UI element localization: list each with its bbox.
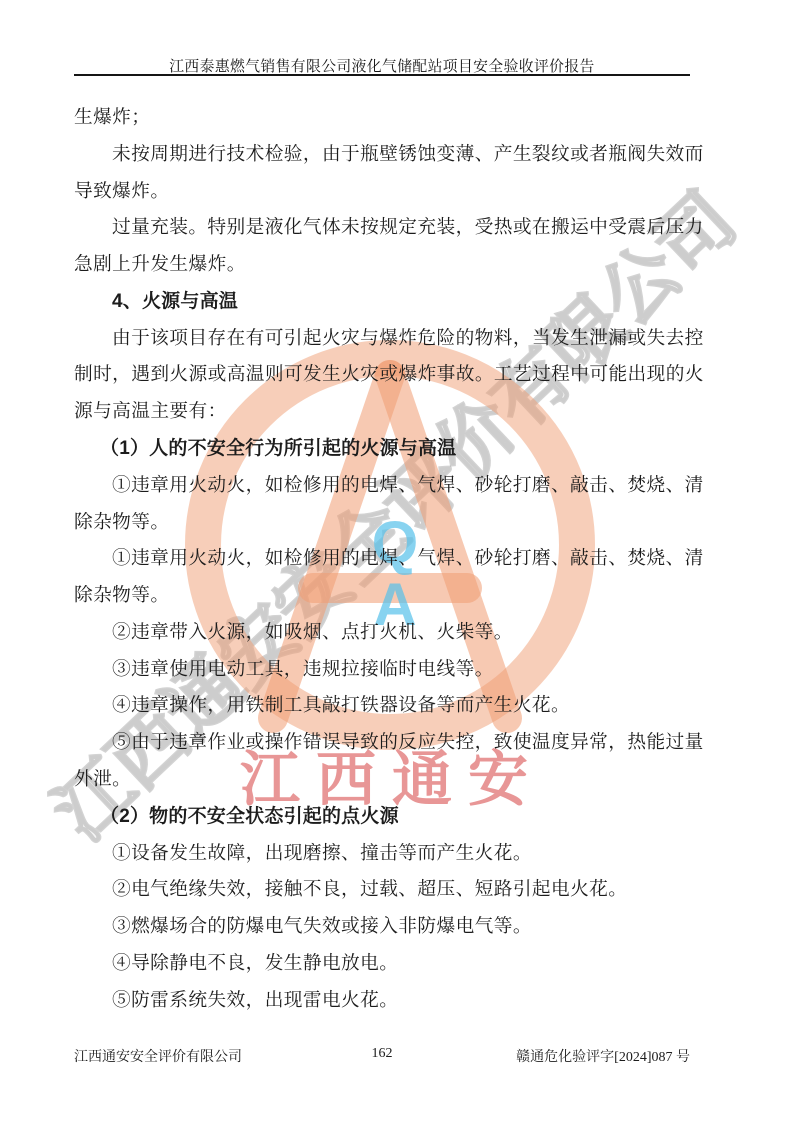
header-divider-line [74,74,690,76]
footer-doc-number: 赣通危化验评字[2024]087 号 [516,1046,690,1066]
body-text-line: 制时，遇到火源或高温则可发生火灾或爆炸事故。工艺过程中可能出现的火 [74,363,704,387]
body-text-line: 生爆炸； [74,106,150,130]
body-text-line: ②电气绝缘失效，接触不良，过载、超压、短路引起电火花。 [74,878,627,902]
body-text-line: 除杂物等。 [74,584,169,608]
body-text-line: 源与高温主要有： [74,400,227,424]
body-text-line: 急剧上升发生爆炸。 [74,253,246,277]
body-text-line: ③燃爆场合的防爆电气失效或接入非防爆电气等。 [74,915,532,939]
body-heading-line: （2）物的不安全状态引起的点火源 [74,805,399,829]
body-text-line: 由于该项目存在有可引起火灾与爆炸危险的物料，当发生泄漏或失去控 [74,327,704,351]
body-text-line: 外泄。 [74,768,131,792]
body-text-line: ④违章操作，用铁制工具敲打铁器设备等而产生火花。 [74,694,570,718]
document-page: 江西通安安全评价有限公司 Q A 江西通安 江西泰惠燃气销售有限公司液化气储配站… [0,0,794,1123]
body-text-line: 导致爆炸。 [74,180,169,204]
watermark-ring-logo-icon [185,340,595,750]
watermark-blue-letters: Q A [330,512,460,636]
body-heading-line: （1）人的不安全行为所引起的火源与高温 [74,437,456,461]
body-heading-line: 4、火源与高温 [74,290,238,314]
footer-company-name: 江西通安安全评价有限公司 [74,1046,242,1066]
body-text-line: 过量充装。特别是液化气体未按规定充装，受热或在搬运中受震后压力 [74,216,704,240]
body-text-line: ①设备发生故障，出现磨擦、撞击等而产生火花。 [74,842,532,866]
body-text-line: 未按周期进行技术检验，由于瓶壁锈蚀变薄、产生裂纹或者瓶阀失效而 [74,143,704,167]
body-text-line: ③违章使用电动工具，违规拉接临时电线等。 [74,658,494,682]
body-text-line: ⑤防雷系统失效，出现雷电火花。 [74,989,398,1013]
body-text-line: ④导除静电不良，发生静电放电。 [74,952,398,976]
body-text-line: ①违章用火动火，如检修用的电焊、气焊、砂轮打磨、敲击、焚烧、清 [74,474,704,498]
body-text-line: ②违章带入火源，如吸烟、点打火机、火柴等。 [74,621,513,645]
page-header-title: 江西泰惠燃气销售有限公司液化气储配站项目安全验收评价报告 [74,55,690,76]
body-text-line: 除杂物等。 [74,511,169,535]
body-text-line: ①违章用火动火，如检修用的电焊、气焊、砂轮打磨、敲击、焚烧、清 [74,547,704,571]
body-text-line: ⑤由于违章作业或操作错误导致的反应失控，致使温度异常，热能过量 [74,731,704,755]
page-footer: 162 江西通安安全评价有限公司 赣通危化验评字[2024]087 号 [74,1046,690,1066]
watermark-red-brand-text: 江西通安 [240,748,544,812]
